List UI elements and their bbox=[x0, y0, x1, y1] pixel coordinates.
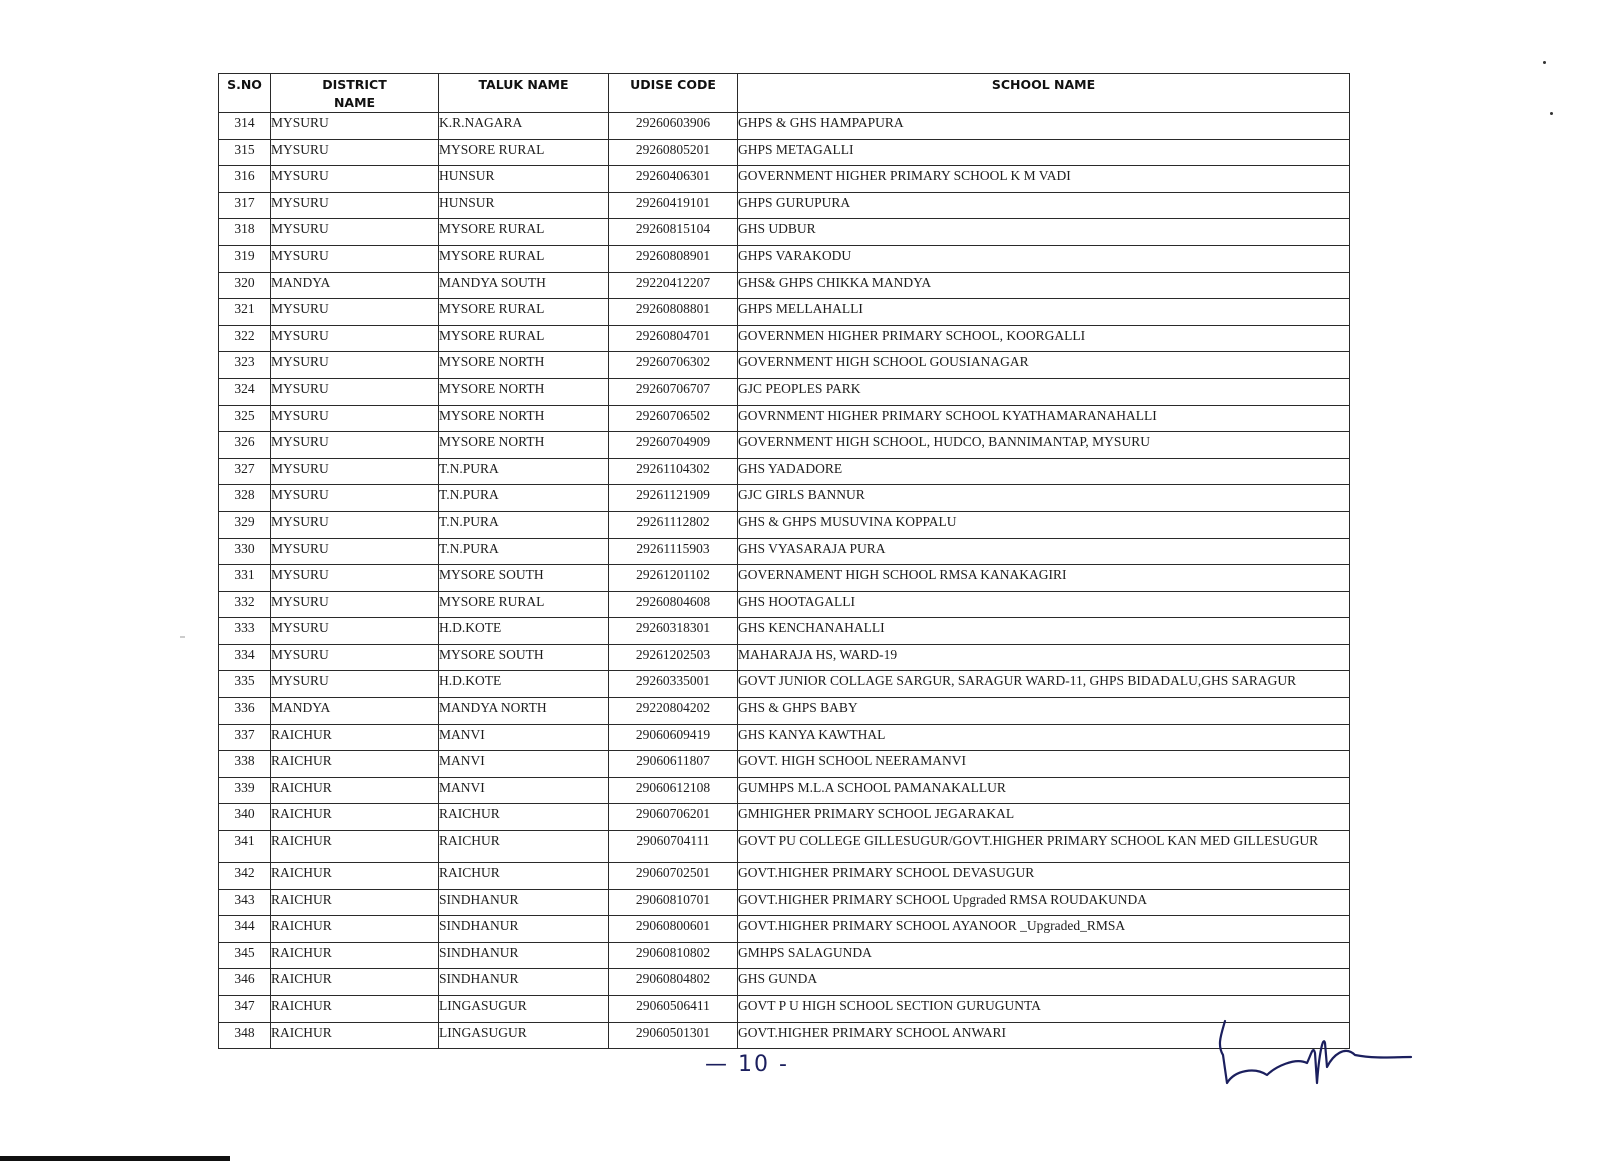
cell-school: GHPS VARAKODU bbox=[738, 245, 1350, 272]
cell-taluk: MYSORE RURAL bbox=[439, 139, 609, 166]
table-row: 344RAICHURSINDHANUR29060800601GOVT.HIGHE… bbox=[219, 916, 1350, 943]
cell-school: GHS YADADORE bbox=[738, 458, 1350, 485]
cell-sno: 341 bbox=[219, 831, 271, 863]
cell-school: GOVERNMENT HIGHER PRIMARY SCHOOL K M VAD… bbox=[738, 166, 1350, 193]
table-row: 317MYSURUHUNSUR29260419101GHPS GURUPURA bbox=[219, 192, 1350, 219]
cell-taluk: H.D.KOTE bbox=[439, 671, 609, 698]
cell-district: MYSURU bbox=[271, 378, 439, 405]
table-row: 320MANDYAMANDYA SOUTH29220412207GHS& GHP… bbox=[219, 272, 1350, 299]
cell-taluk: MYSORE RURAL bbox=[439, 299, 609, 326]
cell-taluk: MANVI bbox=[439, 777, 609, 804]
cell-district: MANDYA bbox=[271, 698, 439, 725]
header-school: SCHOOL NAME bbox=[738, 74, 1350, 113]
cell-udise: 29261104302 bbox=[609, 458, 738, 485]
cell-taluk: RAICHUR bbox=[439, 831, 609, 863]
table-row: 346RAICHURSINDHANUR29060804802GHS GUNDA bbox=[219, 969, 1350, 996]
cell-taluk: LINGASUGUR bbox=[439, 1022, 609, 1049]
header-sno: S.NO bbox=[219, 74, 271, 113]
cell-school: GHS HOOTAGALLI bbox=[738, 591, 1350, 618]
cell-school: GOVERNMENT HIGH SCHOOL, HUDCO, BANNIMANT… bbox=[738, 432, 1350, 459]
cell-district: MYSURU bbox=[271, 325, 439, 352]
cell-udise: 29261121909 bbox=[609, 485, 738, 512]
header-district-line2: NAME bbox=[271, 94, 438, 112]
cell-school: GJC PEOPLES PARK bbox=[738, 378, 1350, 405]
cell-udise: 29060810802 bbox=[609, 942, 738, 969]
cell-taluk: MYSORE NORTH bbox=[439, 405, 609, 432]
cell-udise: 29260406301 bbox=[609, 166, 738, 193]
cell-taluk: MYSORE NORTH bbox=[439, 432, 609, 459]
header-district-line1: DISTRICT bbox=[271, 76, 438, 94]
cell-district: MYSURU bbox=[271, 405, 439, 432]
cell-sno: 328 bbox=[219, 485, 271, 512]
cell-sno: 321 bbox=[219, 299, 271, 326]
table-row: 336MANDYAMANDYA NORTH29220804202GHS & GH… bbox=[219, 698, 1350, 725]
school-list-table: S.NO DISTRICT NAME TALUK NAME UDISE CODE… bbox=[218, 73, 1350, 1049]
cell-udise: 29060800601 bbox=[609, 916, 738, 943]
cell-sno: 329 bbox=[219, 511, 271, 538]
table-row: 322MYSURUMYSORE RURAL29260804701GOVERNME… bbox=[219, 325, 1350, 352]
cell-school: GHPS & GHS HAMPAPURA bbox=[738, 113, 1350, 140]
cell-taluk: RAICHUR bbox=[439, 804, 609, 831]
cell-udise: 29260603906 bbox=[609, 113, 738, 140]
cell-udise: 29220412207 bbox=[609, 272, 738, 299]
cell-sno: 342 bbox=[219, 863, 271, 890]
table-row: 347RAICHURLINGASUGUR29060506411GOVT P U … bbox=[219, 996, 1350, 1023]
cell-udise: 29260805201 bbox=[609, 139, 738, 166]
cell-taluk: T.N.PURA bbox=[439, 538, 609, 565]
table-row: 345RAICHURSINDHANUR29060810802GMHPS SALA… bbox=[219, 942, 1350, 969]
scanned-document-page: S.NO DISTRICT NAME TALUK NAME UDISE CODE… bbox=[0, 0, 1600, 1161]
cell-district: MYSURU bbox=[271, 432, 439, 459]
cell-sno: 327 bbox=[219, 458, 271, 485]
cell-taluk: SINDHANUR bbox=[439, 942, 609, 969]
cell-udise: 29060704111 bbox=[609, 831, 738, 863]
table-row: 342RAICHURRAICHUR29060702501GOVT.HIGHER … bbox=[219, 863, 1350, 890]
cell-sno: 323 bbox=[219, 352, 271, 379]
cell-sno: 331 bbox=[219, 565, 271, 592]
cell-udise: 29060706201 bbox=[609, 804, 738, 831]
cell-district: RAICHUR bbox=[271, 996, 439, 1023]
cell-sno: 319 bbox=[219, 245, 271, 272]
cell-district: MYSURU bbox=[271, 219, 439, 246]
cell-taluk: SINDHANUR bbox=[439, 916, 609, 943]
cell-school: GHS KENCHANAHALLI bbox=[738, 618, 1350, 645]
header-taluk: TALUK NAME bbox=[439, 74, 609, 113]
cell-district: RAICHUR bbox=[271, 916, 439, 943]
cell-taluk: MYSORE RURAL bbox=[439, 591, 609, 618]
cell-udise: 29260706707 bbox=[609, 378, 738, 405]
cell-sno: 337 bbox=[219, 724, 271, 751]
table-row: 329MYSURUT.N.PURA29261112802GHS & GHPS M… bbox=[219, 511, 1350, 538]
cell-school: GHS KANYA KAWTHAL bbox=[738, 724, 1350, 751]
cell-district: RAICHUR bbox=[271, 804, 439, 831]
cell-taluk: T.N.PURA bbox=[439, 458, 609, 485]
cell-district: RAICHUR bbox=[271, 889, 439, 916]
cell-sno: 330 bbox=[219, 538, 271, 565]
cell-school: GOVT.HIGHER PRIMARY SCHOOL Upgraded RMSA… bbox=[738, 889, 1350, 916]
cell-district: MYSURU bbox=[271, 192, 439, 219]
cell-district: RAICHUR bbox=[271, 831, 439, 863]
cell-district: RAICHUR bbox=[271, 751, 439, 778]
table-row: 321MYSURUMYSORE RURAL29260808801GHPS MEL… bbox=[219, 299, 1350, 326]
cell-school: GMHIGHER PRIMARY SCHOOL JEGARAKAL bbox=[738, 804, 1350, 831]
cell-sno: 324 bbox=[219, 378, 271, 405]
table-row: 339RAICHURMANVI29060612108GUMHPS M.L.A S… bbox=[219, 777, 1350, 804]
cell-school: GOVT JUNIOR COLLAGE SARGUR, SARAGUR WARD… bbox=[738, 671, 1350, 698]
cell-school: GHS & GHPS MUSUVINA KOPPALU bbox=[738, 511, 1350, 538]
table-row: 325MYSURUMYSORE NORTH29260706502GOVRNMEN… bbox=[219, 405, 1350, 432]
cell-sno: 336 bbox=[219, 698, 271, 725]
cell-taluk: MYSORE RURAL bbox=[439, 245, 609, 272]
cell-school: GHS VYASARAJA PURA bbox=[738, 538, 1350, 565]
cell-district: MYSURU bbox=[271, 618, 439, 645]
cell-sno: 315 bbox=[219, 139, 271, 166]
cell-taluk: MYSORE RURAL bbox=[439, 325, 609, 352]
cell-udise: 29260808801 bbox=[609, 299, 738, 326]
cell-udise: 29060506411 bbox=[609, 996, 738, 1023]
cell-school: GOVERNMENT HIGH SCHOOL GOUSIANAGAR bbox=[738, 352, 1350, 379]
scan-speck bbox=[1550, 112, 1553, 115]
table-row: 343RAICHURSINDHANUR29060810701GOVT.HIGHE… bbox=[219, 889, 1350, 916]
table-row: 331MYSURUMYSORE SOUTH29261201102GOVERNAM… bbox=[219, 565, 1350, 592]
cell-school: GOVT PU COLLEGE GILLESUGUR/GOVT.HIGHER P… bbox=[738, 831, 1350, 863]
cell-sno: 335 bbox=[219, 671, 271, 698]
table-row: 333MYSURUH.D.KOTE29260318301GHS KENCHANA… bbox=[219, 618, 1350, 645]
cell-udise: 29220804202 bbox=[609, 698, 738, 725]
table-row: 341RAICHURRAICHUR29060704111GOVT PU COLL… bbox=[219, 831, 1350, 863]
cell-district: RAICHUR bbox=[271, 724, 439, 751]
header-district: DISTRICT NAME bbox=[271, 74, 439, 113]
cell-district: RAICHUR bbox=[271, 969, 439, 996]
cell-sno: 325 bbox=[219, 405, 271, 432]
cell-district: MYSURU bbox=[271, 352, 439, 379]
cell-taluk: MYSORE NORTH bbox=[439, 352, 609, 379]
cell-udise: 29260318301 bbox=[609, 618, 738, 645]
cell-sno: 320 bbox=[219, 272, 271, 299]
scan-speck bbox=[180, 636, 185, 638]
signature-icon bbox=[1215, 1015, 1415, 1095]
cell-district: MYSURU bbox=[271, 538, 439, 565]
cell-school: GHS UDBUR bbox=[738, 219, 1350, 246]
cell-taluk: MANVI bbox=[439, 751, 609, 778]
cell-school: GOVRNMENT HIGHER PRIMARY SCHOOL KYATHAMA… bbox=[738, 405, 1350, 432]
cell-district: RAICHUR bbox=[271, 863, 439, 890]
table-header-row: S.NO DISTRICT NAME TALUK NAME UDISE CODE… bbox=[219, 74, 1350, 113]
cell-school: MAHARAJA HS, WARD-19 bbox=[738, 644, 1350, 671]
cell-school: GHPS MELLAHALLI bbox=[738, 299, 1350, 326]
cell-school: GHS GUNDA bbox=[738, 969, 1350, 996]
cell-district: MYSURU bbox=[271, 139, 439, 166]
cell-sno: 338 bbox=[219, 751, 271, 778]
cell-sno: 346 bbox=[219, 969, 271, 996]
cell-udise: 29060810701 bbox=[609, 889, 738, 916]
cell-school: GOVT.HIGHER PRIMARY SCHOOL DEVASUGUR bbox=[738, 863, 1350, 890]
cell-taluk: H.D.KOTE bbox=[439, 618, 609, 645]
cell-taluk: MYSORE SOUTH bbox=[439, 565, 609, 592]
cell-school: GHPS GURUPURA bbox=[738, 192, 1350, 219]
cell-sno: 318 bbox=[219, 219, 271, 246]
cell-district: MYSURU bbox=[271, 299, 439, 326]
cell-district: MYSURU bbox=[271, 113, 439, 140]
scan-speck bbox=[1543, 61, 1546, 64]
cell-sno: 345 bbox=[219, 942, 271, 969]
table-row: 335MYSURUH.D.KOTE29260335001GOVT JUNIOR … bbox=[219, 671, 1350, 698]
table-row: 315MYSURUMYSORE RURAL29260805201GHPS MET… bbox=[219, 139, 1350, 166]
table-body: 314MYSURUK.R.NAGARA29260603906GHPS & GHS… bbox=[219, 113, 1350, 1049]
cell-udise: 29060501301 bbox=[609, 1022, 738, 1049]
table-row: 328MYSURUT.N.PURA29261121909GJC GIRLS BA… bbox=[219, 485, 1350, 512]
table-row: 323MYSURUMYSORE NORTH29260706302GOVERNME… bbox=[219, 352, 1350, 379]
cell-school: GOVT.HIGHER PRIMARY SCHOOL AYANOOR _Upgr… bbox=[738, 916, 1350, 943]
cell-sno: 332 bbox=[219, 591, 271, 618]
table-row: 332MYSURUMYSORE RURAL29260804608GHS HOOT… bbox=[219, 591, 1350, 618]
cell-sno: 343 bbox=[219, 889, 271, 916]
cell-sno: 333 bbox=[219, 618, 271, 645]
scan-edge-shadow bbox=[0, 1156, 230, 1161]
cell-sno: 326 bbox=[219, 432, 271, 459]
table-row: 316MYSURUHUNSUR29260406301GOVERNMENT HIG… bbox=[219, 166, 1350, 193]
table-row: 334MYSURUMYSORE SOUTH29261202503MAHARAJA… bbox=[219, 644, 1350, 671]
cell-udise: 29060609419 bbox=[609, 724, 738, 751]
table-row: 330MYSURUT.N.PURA29261115903GHS VYASARAJ… bbox=[219, 538, 1350, 565]
table-row: 337RAICHURMANVI29060609419GHS KANYA KAWT… bbox=[219, 724, 1350, 751]
cell-udise: 29261115903 bbox=[609, 538, 738, 565]
table-row: 348RAICHURLINGASUGUR29060501301GOVT.HIGH… bbox=[219, 1022, 1350, 1049]
table-row: 319MYSURUMYSORE RURAL29260808901GHPS VAR… bbox=[219, 245, 1350, 272]
cell-school: GHPS METAGALLI bbox=[738, 139, 1350, 166]
cell-district: MYSURU bbox=[271, 671, 439, 698]
cell-district: RAICHUR bbox=[271, 942, 439, 969]
cell-district: MYSURU bbox=[271, 591, 439, 618]
cell-udise: 29261202503 bbox=[609, 644, 738, 671]
cell-taluk: SINDHANUR bbox=[439, 889, 609, 916]
cell-school: GOVT. HIGH SCHOOL NEERAMANVI bbox=[738, 751, 1350, 778]
cell-school: GOVERNMEN HIGHER PRIMARY SCHOOL, KOORGAL… bbox=[738, 325, 1350, 352]
cell-sno: 316 bbox=[219, 166, 271, 193]
table-row: 340RAICHURRAICHUR29060706201GMHIGHER PRI… bbox=[219, 804, 1350, 831]
cell-school: GJC GIRLS BANNUR bbox=[738, 485, 1350, 512]
cell-taluk: MYSORE NORTH bbox=[439, 378, 609, 405]
cell-district: MANDYA bbox=[271, 272, 439, 299]
cell-udise: 29260704909 bbox=[609, 432, 738, 459]
cell-udise: 29260419101 bbox=[609, 192, 738, 219]
cell-taluk: SINDHANUR bbox=[439, 969, 609, 996]
cell-udise: 29260808901 bbox=[609, 245, 738, 272]
cell-udise: 29260335001 bbox=[609, 671, 738, 698]
cell-taluk: T.N.PURA bbox=[439, 511, 609, 538]
cell-udise: 29060702501 bbox=[609, 863, 738, 890]
header-udise: UDISE CODE bbox=[609, 74, 738, 113]
cell-district: MYSURU bbox=[271, 166, 439, 193]
cell-taluk: MYSORE SOUTH bbox=[439, 644, 609, 671]
cell-sno: 339 bbox=[219, 777, 271, 804]
cell-taluk: T.N.PURA bbox=[439, 485, 609, 512]
table-row: 338RAICHURMANVI29060611807GOVT. HIGH SCH… bbox=[219, 751, 1350, 778]
table-row: 326MYSURUMYSORE NORTH29260704909GOVERNME… bbox=[219, 432, 1350, 459]
cell-district: MYSURU bbox=[271, 245, 439, 272]
cell-udise: 29260706302 bbox=[609, 352, 738, 379]
cell-sno: 322 bbox=[219, 325, 271, 352]
cell-district: RAICHUR bbox=[271, 777, 439, 804]
cell-district: RAICHUR bbox=[271, 1022, 439, 1049]
page-number: — 10 - bbox=[705, 1052, 789, 1077]
cell-sno: 340 bbox=[219, 804, 271, 831]
cell-taluk: MYSORE RURAL bbox=[439, 219, 609, 246]
cell-sno: 347 bbox=[219, 996, 271, 1023]
cell-udise: 29060611807 bbox=[609, 751, 738, 778]
cell-udise: 29260804608 bbox=[609, 591, 738, 618]
cell-school: GHS & GHPS BABY bbox=[738, 698, 1350, 725]
cell-taluk: HUNSUR bbox=[439, 192, 609, 219]
cell-udise: 29261201102 bbox=[609, 565, 738, 592]
cell-udise: 29060612108 bbox=[609, 777, 738, 804]
cell-udise: 29260706502 bbox=[609, 405, 738, 432]
cell-school: GUMHPS M.L.A SCHOOL PAMANAKALLUR bbox=[738, 777, 1350, 804]
cell-taluk: HUNSUR bbox=[439, 166, 609, 193]
cell-sno: 314 bbox=[219, 113, 271, 140]
cell-school: GOVERNAMENT HIGH SCHOOL RMSA KANAKAGIRI bbox=[738, 565, 1350, 592]
cell-taluk: MANVI bbox=[439, 724, 609, 751]
cell-sno: 348 bbox=[219, 1022, 271, 1049]
cell-sno: 317 bbox=[219, 192, 271, 219]
cell-taluk: MANDYA SOUTH bbox=[439, 272, 609, 299]
table-row: 318MYSURUMYSORE RURAL29260815104GHS UDBU… bbox=[219, 219, 1350, 246]
cell-udise: 29260804701 bbox=[609, 325, 738, 352]
cell-district: MYSURU bbox=[271, 565, 439, 592]
cell-sno: 344 bbox=[219, 916, 271, 943]
cell-udise: 29261112802 bbox=[609, 511, 738, 538]
table-row: 314MYSURUK.R.NAGARA29260603906GHPS & GHS… bbox=[219, 113, 1350, 140]
cell-school: GMHPS SALAGUNDA bbox=[738, 942, 1350, 969]
cell-taluk: LINGASUGUR bbox=[439, 996, 609, 1023]
cell-school: GHS& GHPS CHIKKA MANDYA bbox=[738, 272, 1350, 299]
table-row: 327MYSURUT.N.PURA29261104302 GHS YADADOR… bbox=[219, 458, 1350, 485]
cell-district: MYSURU bbox=[271, 511, 439, 538]
cell-sno: 334 bbox=[219, 644, 271, 671]
cell-taluk: RAICHUR bbox=[439, 863, 609, 890]
cell-taluk: MANDYA NORTH bbox=[439, 698, 609, 725]
cell-udise: 29060804802 bbox=[609, 969, 738, 996]
cell-district: MYSURU bbox=[271, 458, 439, 485]
table-row: 324MYSURUMYSORE NORTH29260706707GJC PEOP… bbox=[219, 378, 1350, 405]
cell-district: MYSURU bbox=[271, 485, 439, 512]
cell-district: MYSURU bbox=[271, 644, 439, 671]
cell-udise: 29260815104 bbox=[609, 219, 738, 246]
cell-taluk: K.R.NAGARA bbox=[439, 113, 609, 140]
